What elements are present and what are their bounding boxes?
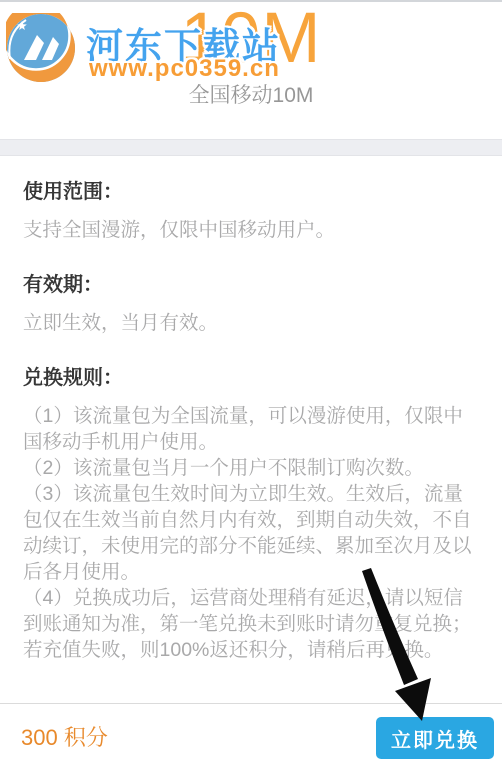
package-details: 使用范围： 支持全国漫游，仅限中国移动用户。 有效期： 立即生效，当月有效。 兑… — [23, 177, 476, 690]
section-body-text: 立即生效，当月有效。 — [23, 310, 476, 336]
package-subtitle: 全国移动10M — [0, 84, 502, 108]
section-divider-band — [0, 139, 502, 156]
app-screen: 10M 全国移动10M 河东下载站 www.pc0359.cn 使用范围： 支持… — [0, 0, 502, 765]
section-redeem-rules: 兑换规则： （1）该流量包为全国流量，可以漫游使用，仅限中国移动手机用户使用。 … — [23, 363, 476, 663]
rule-item-4: （4）兑换成功后，运营商处理稍有延迟，请以短信到账通知为准，第一笔兑换未到账时请… — [23, 585, 476, 663]
rule-item-2: （2）该流量包当月一个用户不限制订购次数。 — [23, 455, 476, 481]
section-heading: 有效期： — [23, 270, 476, 300]
section-heading: 兑换规则： — [23, 363, 476, 393]
rule-item-3: （3）该流量包生效时间为立即生效。生效后，流量包仅在生效当前自然月内有效，到期自… — [23, 481, 476, 585]
watermark-site-url: www.pc0359.cn — [89, 55, 280, 83]
site-logo-icon — [6, 13, 76, 83]
rule-item-1: （1）该流量包为全国流量，可以漫游使用，仅限中国移动手机用户使用。 — [23, 403, 476, 455]
footer-bar: 300 积分 立即兑换 — [0, 704, 502, 765]
redeem-now-button[interactable]: 立即兑换 — [376, 717, 494, 759]
section-body-text: 支持全国漫游，仅限中国移动用户。 — [23, 217, 476, 243]
section-heading: 使用范围： — [23, 177, 476, 207]
section-validity: 有效期： 立即生效，当月有效。 — [23, 270, 476, 336]
points-cost-label: 300 积分 — [21, 721, 108, 752]
section-usage-scope: 使用范围： 支持全国漫游，仅限中国移动用户。 — [23, 177, 476, 243]
